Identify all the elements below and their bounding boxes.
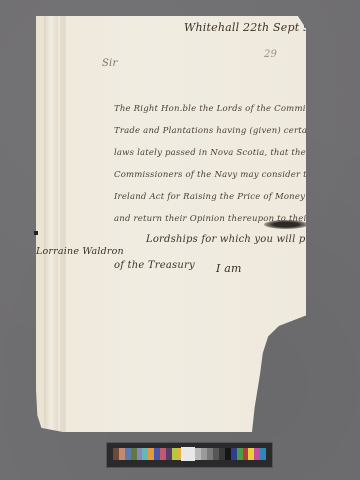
- target-label: [181, 447, 195, 461]
- salutation: Sir: [102, 58, 117, 69]
- margin-note: Lorraine Waldron: [36, 246, 124, 257]
- body-line: Commissioners of the Navy may consider t…: [114, 170, 318, 180]
- body-line: Ireland Act for Raising the Price of Mon…: [114, 192, 305, 202]
- fold-crease: [60, 16, 66, 432]
- ink-blot: [264, 220, 308, 229]
- body-line: of the Treasury: [114, 260, 195, 271]
- document-viewer: { "document": { "type": "handwritten man…: [0, 0, 360, 480]
- body-line: Lordships for which you will please: [146, 234, 333, 245]
- page-number: 29: [264, 49, 277, 60]
- signature: I am: [216, 262, 242, 275]
- body-line: The Right Hon.ble the Lords of the Commi…: [114, 104, 335, 114]
- body-line: laws lately passed in Nova Scotia, that …: [114, 148, 306, 158]
- letter-header-date: Whitehall 22th Sept 97: [184, 21, 317, 34]
- body-line: Trade and Plantations having (given) cer…: [114, 126, 316, 136]
- color-calibration-target: [106, 442, 273, 468]
- scan-registration-mark: [34, 231, 38, 235]
- color-swatch: [260, 448, 266, 460]
- fold-crease: [44, 16, 58, 432]
